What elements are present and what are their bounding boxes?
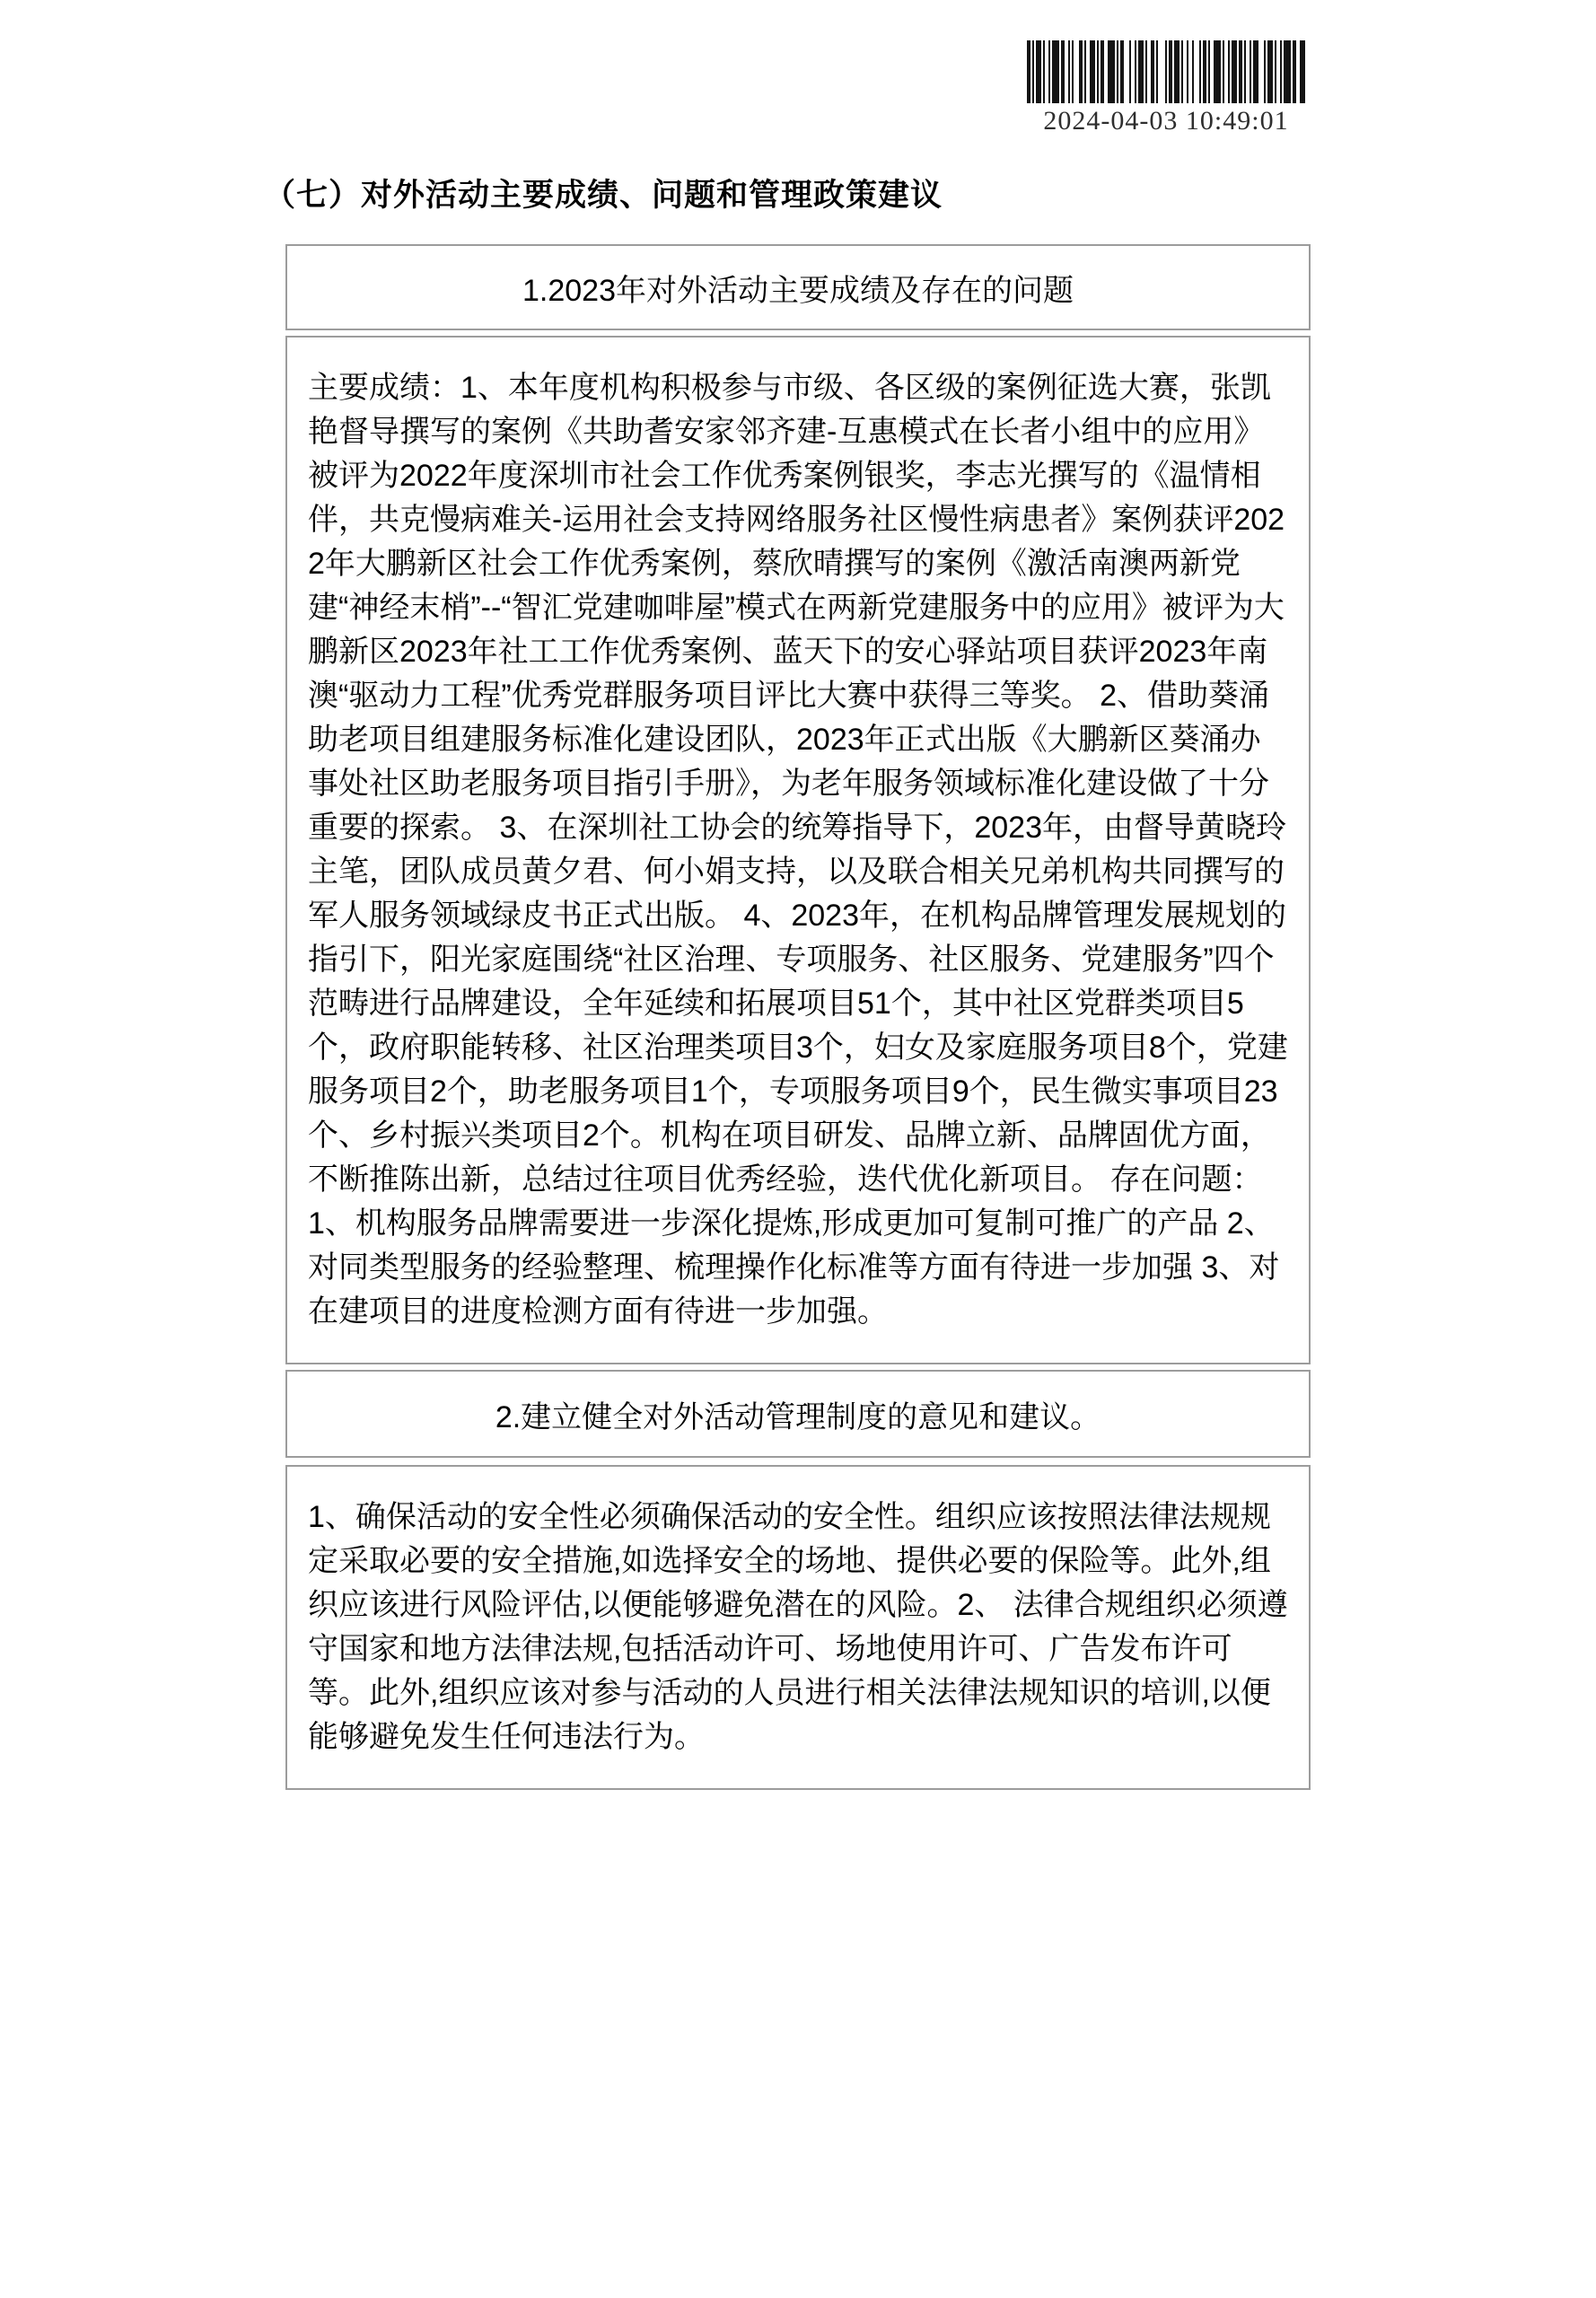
scan-timestamp: 2024-04-03 10:49:01 xyxy=(1026,106,1306,136)
subsection-2-body-text: 1、确保活动的安全性必须确保活动的安全性。组织应该按照法律法规规定采取必要的安全… xyxy=(308,1500,1288,1754)
subsection-2-title: 2.建立健全对外活动管理制度的意见和建议。 xyxy=(495,1392,1101,1436)
document-body: 1.2023年对外活动主要成绩及存在的问题 主要成绩：1、本年度机构积极参与市级… xyxy=(285,244,1311,1795)
subsection-1-body-box: 主要成绩：1、本年度机构积极参与市级、各区级的案例征选大赛，张凯艳督导撰写的案例… xyxy=(285,336,1311,1364)
subsection-1-title-box: 1.2023年对外活动主要成绩及存在的问题 xyxy=(285,244,1311,330)
subsection-2-body-box: 1、确保活动的安全性必须确保活动的安全性。组织应该按照法律法规规定采取必要的安全… xyxy=(285,1465,1311,1790)
subsection-2-title-box: 2.建立健全对外活动管理制度的意见和建议。 xyxy=(285,1370,1311,1458)
page-title: （七）对外活动主要成绩、问题和管理政策建议 xyxy=(264,178,943,214)
subsection-1-title: 1.2023年对外活动主要成绩及存在的问题 xyxy=(522,266,1074,310)
barcode-icon xyxy=(1027,40,1305,103)
subsection-1-body-text: 主要成绩：1、本年度机构积极参与市级、各区级的案例征选大赛，张凯艳督导撰写的案例… xyxy=(308,371,1288,1329)
scan-stamp: 2024-04-03 10:49:01 xyxy=(1026,40,1306,136)
